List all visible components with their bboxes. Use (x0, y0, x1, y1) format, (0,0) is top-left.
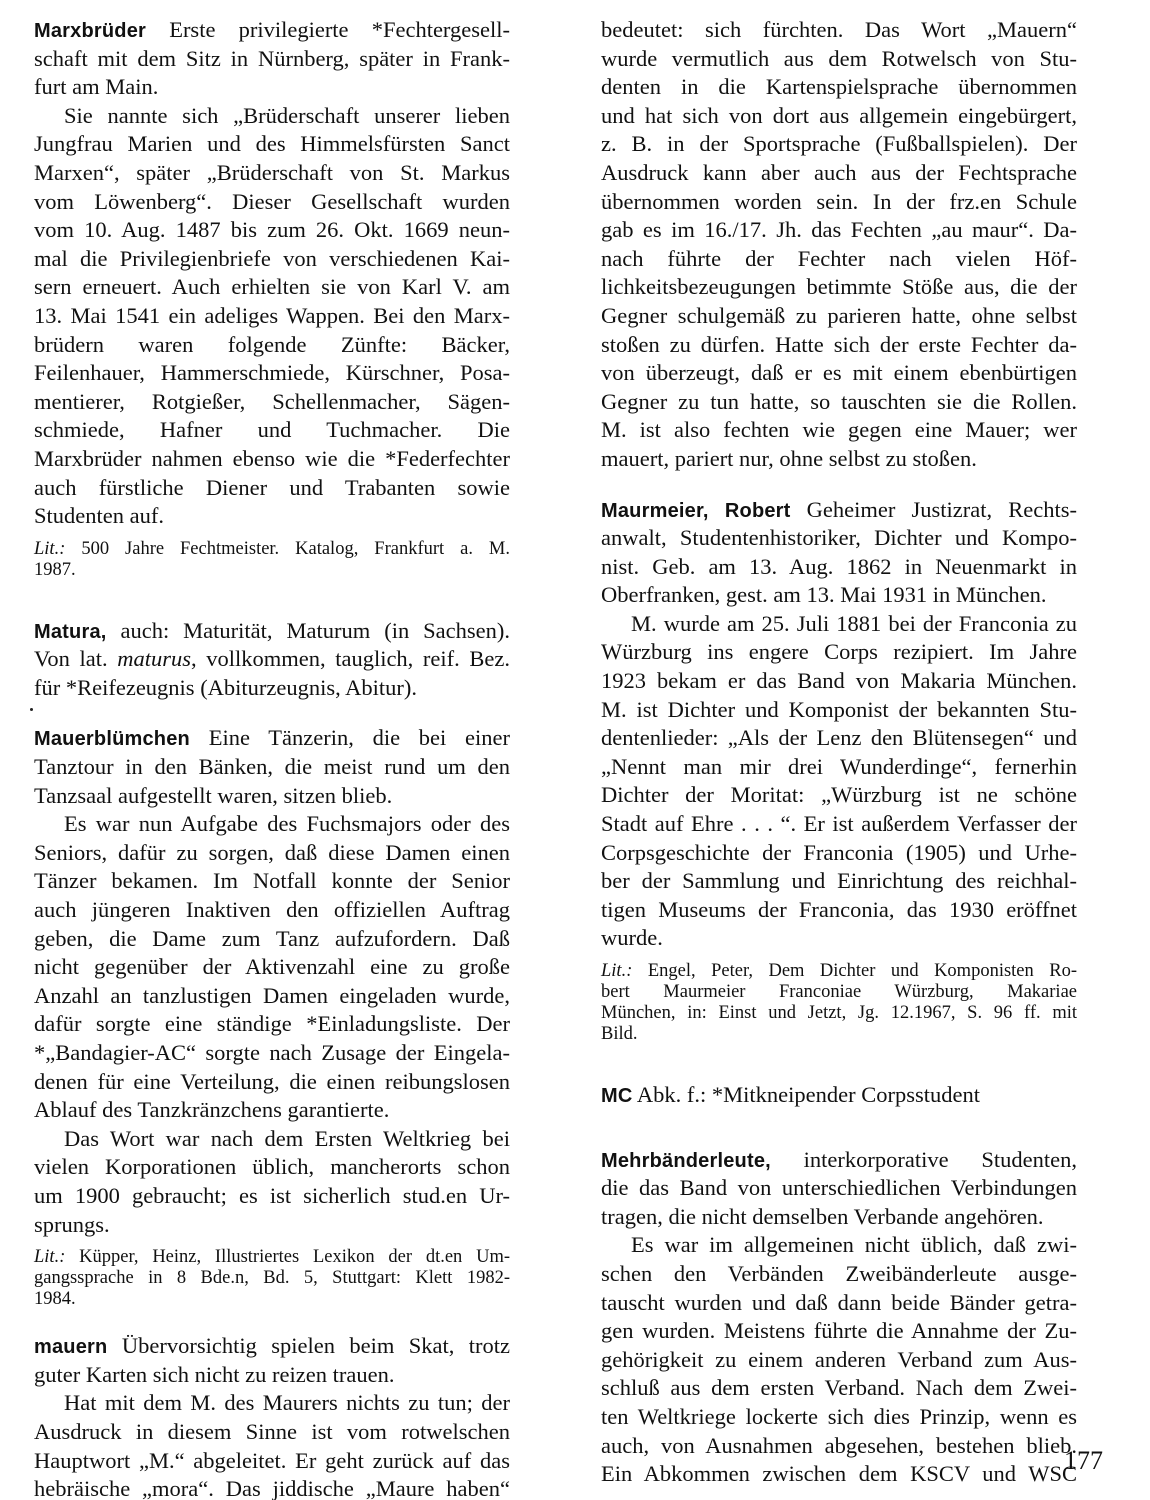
text-line: vom 10. Aug. 1487 bis zum 26. Okt. 1669 … (34, 216, 510, 245)
text-line: ten Weltkriege lockerte sich dies Prinzi… (601, 1403, 1077, 1432)
text-line: Gegner zu tun hatte, so tauschten sie di… (601, 388, 1077, 417)
text-line: tauscht wurden und daß dann beide Bänder… (601, 1289, 1077, 1318)
headword: Matura, (34, 621, 107, 643)
text-line: übernommen worden sein. In der frz.en Sc… (601, 188, 1077, 217)
text-line: gen wurden. Meistens führte die Annahme … (601, 1317, 1077, 1346)
text-line: Seniors, dafür zu sorgen, daß diese Dame… (34, 839, 510, 868)
text-line: Anzahl an tanzlustigen Damen eingeladen … (34, 982, 510, 1011)
text-line: Corpsgeschichte der Franconia (1905) und… (601, 839, 1077, 868)
text-line: tigen Museums der Franconia, das 1930 er… (601, 896, 1077, 925)
text-line: denten in die Kartenspielsprache übernom… (601, 73, 1077, 102)
text-line: Würzburg ins engere Corps rezipiert. Im … (601, 638, 1077, 667)
text-line: Es war im allgemeinen nicht üblich, daß … (601, 1231, 1077, 1260)
text-line: Jungfrau Marien und des Himmelsfürsten S… (34, 130, 510, 159)
text-line: mal die Privilegienbriefe von verschiede… (34, 245, 510, 274)
text-line: von überzeugt, daß er es mit einem ebenb… (601, 359, 1077, 388)
lit-label: Lit.: (34, 1247, 65, 1267)
text-line: z. B. in der Sportsprache (Fußballspiele… (601, 130, 1077, 159)
text-line: M. ist also fechten wie gegen eine Mauer… (601, 416, 1077, 445)
text-line: auch fürstliche Diener und Trabanten sow… (34, 474, 510, 503)
text-line: dafür sorgte eine ständige *Einladungsli… (34, 1010, 510, 1039)
text-line: sern erneuert. Auch erhielten sie von Ka… (34, 273, 510, 302)
literature-reference: Lit.: Engel, Peter, Dem Dichter und Komp… (601, 961, 1077, 1045)
text-line: Tänzer bekamen. Im Notfall konnte der Se… (34, 867, 510, 896)
text-line: hebräische „mora“. Das jiddische „Maure … (34, 1475, 510, 1500)
text-line: geben, die Dame zum Tanz aufzufordern. D… (34, 925, 510, 954)
text-line: schen den Verbänden Zweibänderleute ausg… (601, 1260, 1077, 1289)
entry-marxbrueder: Marxbrüder Erste privilegierte *Fechterg… (34, 16, 510, 581)
text-line: Es war nun Aufgabe des Fuchsmajors oder … (34, 810, 510, 839)
text-line: schaft mit dem Sitz in Nürnberg, später … (34, 45, 510, 74)
lit-label: Lit.: (601, 961, 632, 981)
text-line: Stadt auf Ehre . . . “. Er ist außerdem … (601, 810, 1077, 839)
entry-mauerbluemchen: Mauerblümchen Eine Tänzerin, die bei ein… (34, 724, 510, 1310)
text-line: M. ist Dichter und Komponist der bekannt… (601, 696, 1077, 725)
text-line: Marxen“, später „Brüderschaft von St. Ma… (34, 159, 510, 188)
text-line: Tanzsaal aufgestellt waren, sitzen blieb… (34, 782, 510, 811)
text-line: denen für eine Verteilung, die einen rei… (34, 1068, 510, 1097)
entry-mauern-continued: bedeutet: sich fürchten. Das Wort „Mauer… (601, 16, 1077, 474)
text-line: vom Löwenberg“. Dieser Gesellschaft wurd… (34, 188, 510, 217)
entry-maurmeier: Maurmeier, Robert Geheimer Justizrat, Re… (601, 496, 1077, 1046)
latin-term: maturus (117, 646, 191, 671)
text-line: gab es im 16./17. Jh. das Fechten „au ma… (601, 216, 1077, 245)
entry-first-line: Marxbrüder Erste privilegierte *Fechterg… (34, 16, 510, 45)
text-line: guter Karten sich nicht zu reizen trauen… (34, 1361, 510, 1390)
entry-first-line: Matura, auch: Maturität, Maturum (in Sac… (34, 617, 510, 646)
lexicon-page: Marxbrüder Erste privilegierte *Fechterg… (0, 0, 1150, 1500)
text-line: Marxbrüder nahmen ebenso wie die *Federf… (34, 445, 510, 474)
text-line: mentierer, Rotgießer, Schellenmacher, Sä… (34, 388, 510, 417)
text-line: auch jüngeren Inaktiven den offiziellen … (34, 896, 510, 925)
entry-first-line: Mauerblümchen Eine Tänzerin, die bei ein… (34, 724, 510, 753)
scan-speck (30, 708, 33, 711)
right-column: bedeutet: sich fürchten. Das Wort „Mauer… (601, 16, 1077, 1489)
headword: mauern (34, 1336, 107, 1358)
entry-mauern: mauern Übervorsichtig spielen beim Skat,… (34, 1332, 510, 1500)
text-line: Ein Abkommen zwischen dem KSCV und WSC (601, 1460, 1077, 1489)
text-line: Dichter der Moritat: „Würzburg ist ne sc… (601, 781, 1077, 810)
text-line: lichkeitsbezeugungen betimmte Stöße aus,… (601, 273, 1077, 302)
left-column: Marxbrüder Erste privilegierte *Fechterg… (34, 16, 510, 1500)
text-line: nist. Geb. am 13. Aug. 1862 in Neuenmark… (601, 553, 1077, 582)
text-line: auch, von Ausnahmen abgesehen, bestehen … (601, 1432, 1077, 1461)
headword: Marxbrüder (34, 20, 146, 42)
text-line: wurde. (601, 924, 1077, 953)
text-line: Hauptwort „M.“ abgeleitet. Er geht zurüc… (34, 1447, 510, 1476)
text-line: nicht gegenüber der Aktivenzahl eine zu … (34, 953, 510, 982)
text-line: gehörigkeit zu einem anderen Verband zum… (601, 1346, 1077, 1375)
text-line: furt am Main. (34, 73, 510, 102)
text-line: ber der Sammlung und Einrichtung des rei… (601, 867, 1077, 896)
text-line: anwalt, Studentenhistoriker, Dichter und… (601, 524, 1077, 553)
text-line: um 1900 gebraucht; es ist sicherlich stu… (34, 1182, 510, 1211)
entry-mehrbaenderleute: Mehrbänderleute, interkorporative Studen… (601, 1146, 1077, 1489)
text-line: Ausdruck kann aber auch aus der Fechtspr… (601, 159, 1077, 188)
text-line: Tanztour in den Bänken, die meist rund u… (34, 753, 510, 782)
text-line: vielen Korporationen üblich, mancherorts… (34, 1153, 510, 1182)
entry-first-line: Maurmeier, Robert Geheimer Justizrat, Re… (601, 496, 1077, 525)
text-line: nach führte der Fechter nach vielen Höf- (601, 245, 1077, 274)
entry-first-line: Mehrbänderleute, interkorporative Studen… (601, 1146, 1077, 1175)
text-line: tragen, die nicht demselben Verbande ang… (601, 1203, 1077, 1232)
text-line: für *Reifezeugnis (Abiturzeugnis, Abitur… (34, 674, 510, 703)
literature-reference: Lit.: Küpper, Heinz, Illustriertes Lexik… (34, 1247, 510, 1310)
page-number: 177 (1064, 1446, 1103, 1476)
text-line: die das Band von unterschiedlichen Verbi… (601, 1174, 1077, 1203)
text-line: brüdern waren folgende Zünfte: Bäcker, (34, 331, 510, 360)
text-line: schluß aus dem ersten Verband. Nach dem … (601, 1374, 1077, 1403)
text-line: schmiede, Hafner und Tuchmacher. Die (34, 416, 510, 445)
text-line: Studenten auf. (34, 502, 510, 531)
headword: MC (601, 1085, 633, 1107)
text-line: stoßen zu dürfen. Hatte sich der erste F… (601, 331, 1077, 360)
entry-first-line: MC Abk. f.: *Mitkneipender Corpsstudent (601, 1081, 1077, 1110)
text-line: Von lat. maturus, vollkommen, tauglich, … (34, 645, 510, 674)
text-line: sprungs. (34, 1211, 510, 1240)
text-line: Oberfranken, gest. am 13. Mai 1931 in Mü… (601, 581, 1077, 610)
text-line: Das Wort war nach dem Ersten Weltkrieg b… (34, 1125, 510, 1154)
headword: Mehrbänderleute, (601, 1150, 771, 1172)
text-line: Gegner schulgemäß zu parieren hatte, ohn… (601, 302, 1077, 331)
text-line: dentenlieder: „Als der Lenz den Blütense… (601, 724, 1077, 753)
text-line: „Nennt man mir drei Wunderdinge“, ferner… (601, 753, 1077, 782)
entry-mc: MC Abk. f.: *Mitkneipender Corpsstudent (601, 1081, 1077, 1110)
text-line: Hat mit dem M. des Maurers nichts zu tun… (34, 1389, 510, 1418)
entry-first-line: mauern Übervorsichtig spielen beim Skat,… (34, 1332, 510, 1361)
text-line: M. wurde am 25. Juli 1881 bei der Franco… (601, 610, 1077, 639)
text-line: mauert, pariert nur, ohne selbst zu stoß… (601, 445, 1077, 474)
lit-label: Lit.: (34, 539, 65, 559)
text-line: Ablauf des Tanzkränzchens garantierte. (34, 1096, 510, 1125)
text-line: Feilenhauer, Hammerschmiede, Kürschner, … (34, 359, 510, 388)
text-line: Ausdruck in diesem Sinne ist vom rotwels… (34, 1418, 510, 1447)
text-line: wurde vermutlich aus dem Rotwelsch von S… (601, 45, 1077, 74)
literature-reference: Lit.: 500 Jahre Fechtmeister. Katalog, F… (34, 539, 510, 581)
text-line: Sie nannte sich „Brüderschaft unserer li… (34, 102, 510, 131)
headword: Maurmeier, Robert (601, 500, 791, 522)
entry-matura: Matura, auch: Maturität, Maturum (in Sac… (34, 617, 510, 703)
text-line: bedeutet: sich fürchten. Das Wort „Mauer… (601, 16, 1077, 45)
text-line: und hat sich von dort aus allgemein eing… (601, 102, 1077, 131)
text-line: 13. Mai 1541 ein adeliges Wappen. Bei de… (34, 302, 510, 331)
headword: Mauerblümchen (34, 728, 190, 750)
text-line: 1923 bekam er das Band von Makaria Münch… (601, 667, 1077, 696)
text-line: *„Bandagier-AC“ sorgte nach Zusage der E… (34, 1039, 510, 1068)
